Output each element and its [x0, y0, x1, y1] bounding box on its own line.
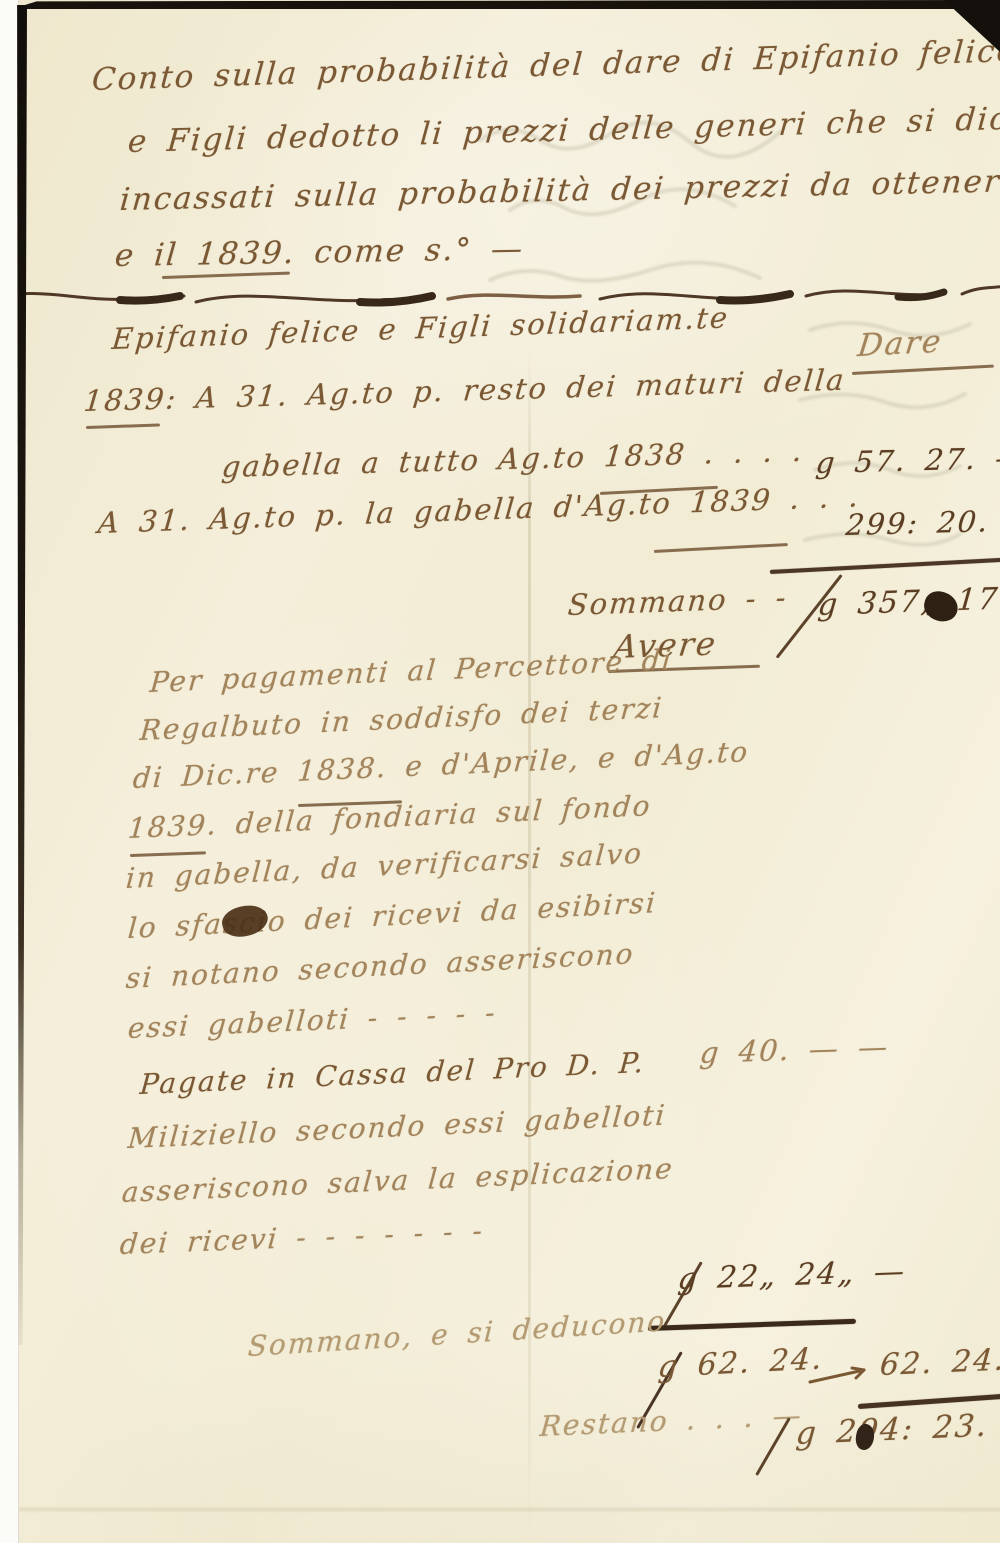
dare-entry-value: g 57. 27. —: [814, 440, 1000, 480]
dare-entry-value: 299: 20.: [844, 504, 991, 542]
scanner-bed-strip: [0, 0, 19, 1543]
manuscript-scan: Conto sulla probabilità del dare di Epif…: [0, 0, 1000, 1543]
avere-entry-value: g 40. — —: [699, 1029, 891, 1070]
sommano-value: g 357„ 17..: [816, 581, 1000, 623]
carry-value: 62. 24.: [879, 1342, 1000, 1383]
horizontal-fold-crease: [18, 1506, 1000, 1513]
dare-column-label: Dare: [856, 323, 945, 364]
carry-arrow: [806, 1362, 876, 1388]
title-line: e il 1839. come s.° —: [113, 231, 525, 274]
paper-top-edge-shadow: [22, 0, 1000, 9]
